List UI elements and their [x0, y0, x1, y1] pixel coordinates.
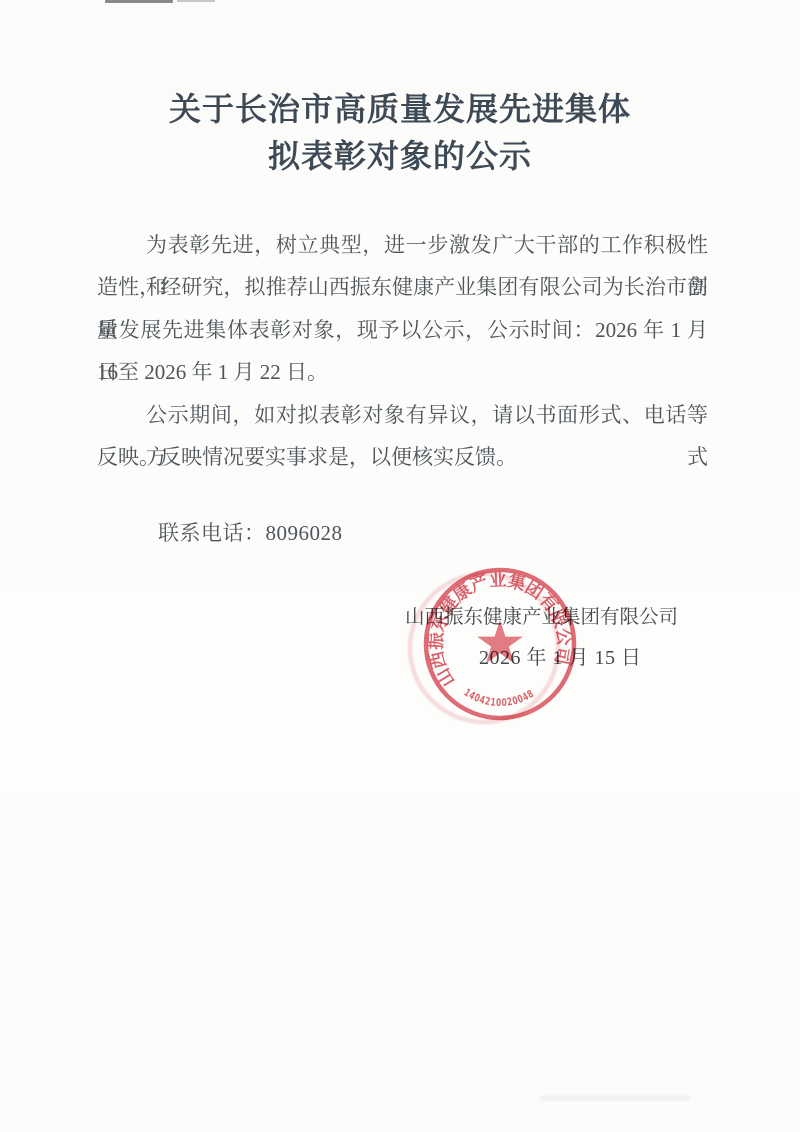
- official-seal: 山西振东健康产业集团有限公司 1404210020048: [420, 564, 580, 724]
- seal-serial-number: 1404210020048: [462, 687, 537, 709]
- title-line-1: 关于长治市高质量发展先进集体: [0, 86, 800, 133]
- scan-artifact-smudge: [540, 1096, 690, 1100]
- body-line: 为表彰先进，树立典型，进一步激发广大干部的工作积极性和创: [97, 224, 708, 266]
- body-paragraphs: 为表彰先进，树立典型，进一步激发广大干部的工作积极性和创 造性，经研究，拟推荐山…: [97, 224, 708, 478]
- body-line: 日至 2026 年 1 月 22 日。: [97, 351, 708, 393]
- body-line: 造性，经研究，拟推荐山西振东健康产业集团有限公司为长治市高质: [97, 266, 708, 308]
- contact-line: 联系电话：8096028: [158, 520, 343, 547]
- scan-artifact-light: [177, 0, 215, 2]
- contact-label: 联系电话：: [158, 521, 266, 545]
- page-title: 关于长治市高质量发展先进集体 拟表彰对象的公示: [0, 86, 800, 180]
- svg-text:1404210020048: 1404210020048: [462, 687, 537, 709]
- body-line: 量发展先进集体表彰对象，现予以公示，公示时间：2026 年 1 月 16: [97, 309, 708, 351]
- title-line-2: 拟表彰对象的公示: [0, 133, 800, 180]
- contact-phone: 8096028: [266, 521, 343, 545]
- scan-artifact-dark: [105, 0, 173, 3]
- star-icon: [477, 620, 523, 663]
- scanned-document-page: 关于长治市高质量发展先进集体 拟表彰对象的公示 为表彰先进，树立典型，进一步激发…: [0, 0, 800, 1132]
- body-line: 公示期间，如对拟表彰对象有异议，请以书面形式、电话等方式: [97, 394, 708, 436]
